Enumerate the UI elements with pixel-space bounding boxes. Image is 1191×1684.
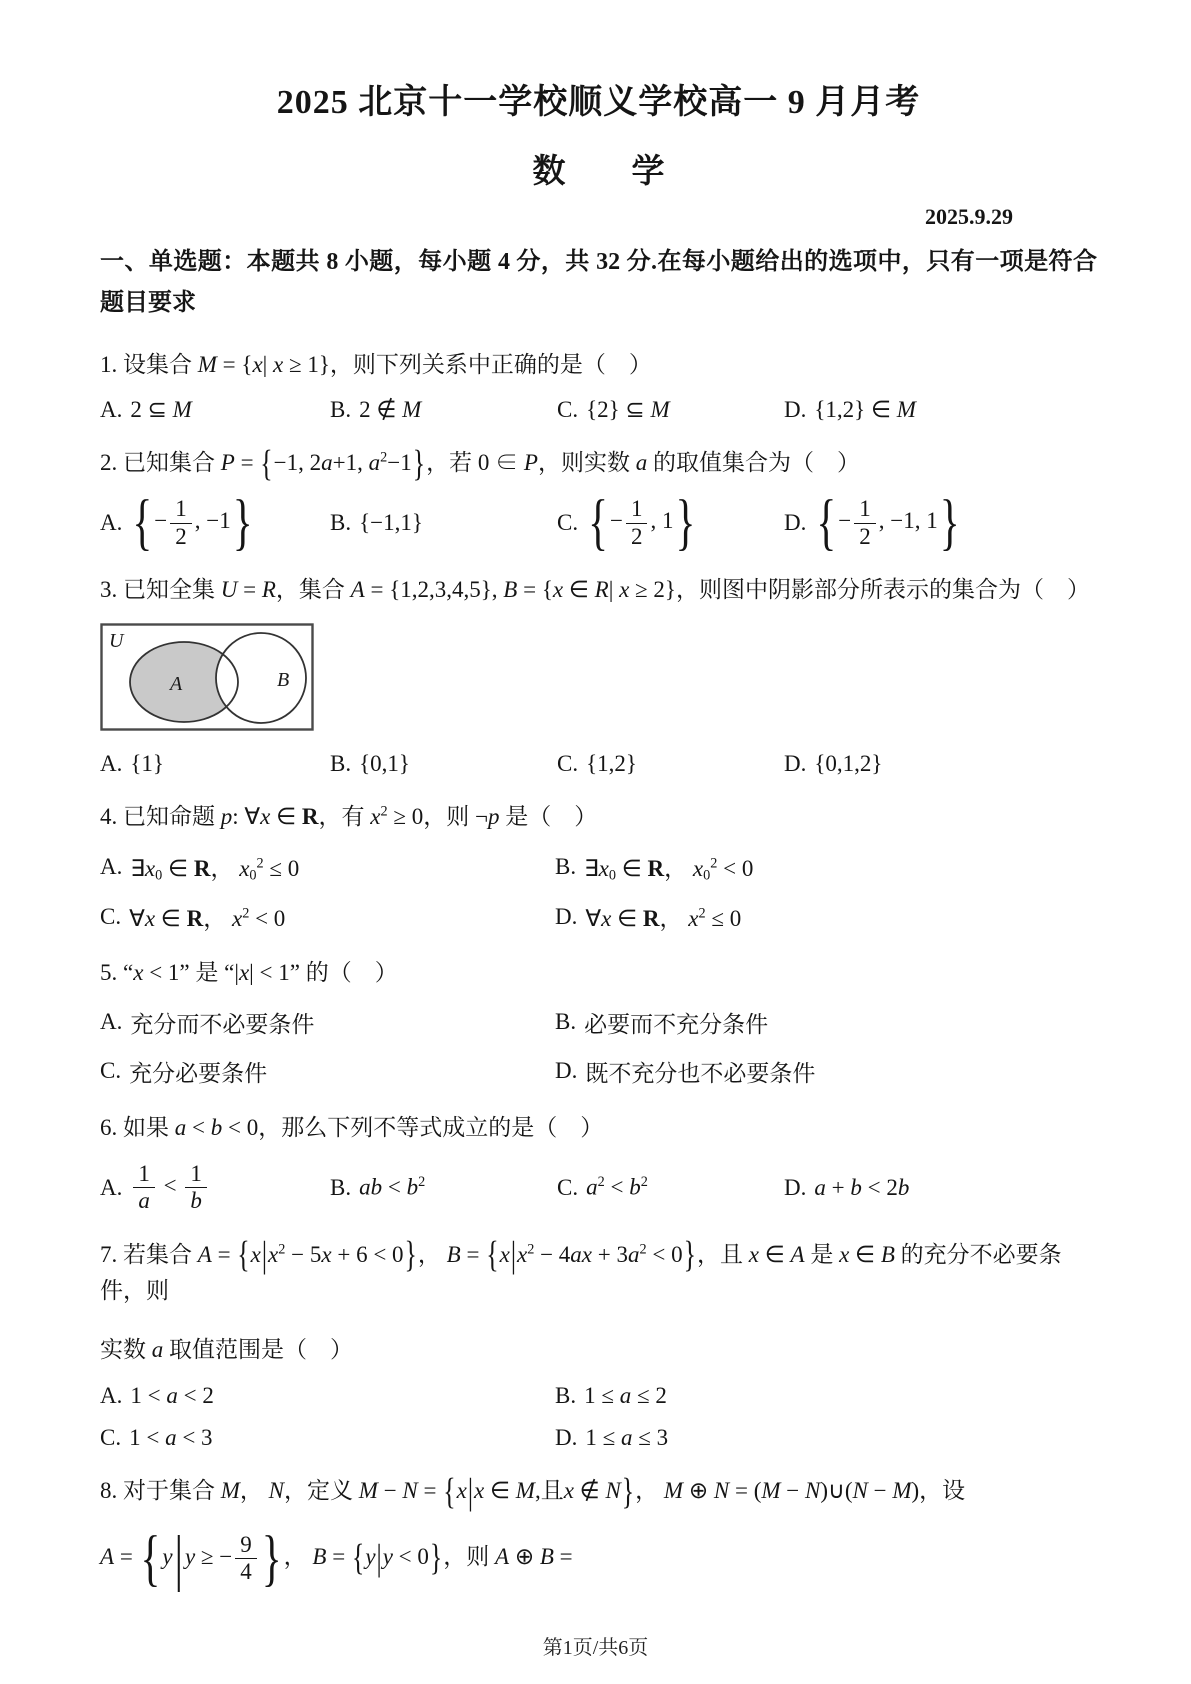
q6-option-b: B.ab < b2 xyxy=(330,1174,557,1201)
subject-title: 数 学 xyxy=(100,145,1097,192)
q5-option-b: B.必要而不充分条件 xyxy=(555,1006,1097,1039)
q6-option-a-label: A. xyxy=(100,1175,122,1201)
q4-option-b: B.∃x0 ∈ R， x02 < 0 xyxy=(555,850,1097,885)
q5-option-d: D.既不充分也不必要条件 xyxy=(555,1055,1097,1088)
q7-option-a-text: 1 < a < 2 xyxy=(130,1383,213,1409)
q4-option-d: D.∀x ∈ R， x2 ≤ 0 xyxy=(555,900,1097,933)
q6-option-c: C.a2 < b2 xyxy=(557,1174,784,1201)
q7-option-a: A.1 < a < 2 xyxy=(100,1383,555,1409)
venn-diagram: U A B xyxy=(100,623,1097,737)
q2-option-c-label: C. xyxy=(557,510,578,536)
q1-options: A.2 ⊆ MB.2 ∉ MC.{2} ⊆ MD.{1,2} ∈ M xyxy=(100,397,1097,423)
q1-option-a: A.2 ⊆ M xyxy=(100,397,330,423)
q6-option-a: A.1a < 1b xyxy=(100,1161,330,1215)
q7-option-a-label: A. xyxy=(100,1383,122,1409)
q1-option-a-text: 2 ⊆ M xyxy=(130,397,191,423)
question-1: 1. 设集合 M = {x| x ≥ 1}，则下列关系中正确的是（ ） A.2 … xyxy=(100,347,1097,424)
q5-option-c-label: C. xyxy=(100,1058,121,1084)
q4-option-c-text: ∀x ∈ R， x2 < 0 xyxy=(129,900,285,933)
q6-options: A.1a < 1bB.ab < b2C.a2 < b2D.a + b < 2b xyxy=(100,1161,1097,1215)
q2-option-c-text: {−12, 1} xyxy=(586,496,697,550)
question-4: 4. 已知命题 p: ∀x ∈ R，有 x2 ≥ 0，则 ¬p 是（ ） A.∃… xyxy=(100,799,1097,933)
exam-title: 2025 北京十一学校顺义学校高一 9 月月考 xyxy=(100,74,1097,123)
q8-stem-line-1: 8. 对于集合 M， N，定义 M − N = {x|x ∈ M,且x ∉ N}… xyxy=(100,1473,1097,1510)
q4-option-a-text: ∃x0 ∈ R， x02 ≤ 0 xyxy=(130,850,299,885)
q6-option-c-text: a2 < b2 xyxy=(586,1174,648,1201)
question-7: 7. 若集合 A = {x|x2 − 5x + 6 < 0}， B = {x|x… xyxy=(100,1237,1097,1451)
q1-option-b: B.2 ∉ M xyxy=(330,397,557,423)
q7-option-d-label: D. xyxy=(555,1425,577,1451)
q6-stem: 6. 如果 a < b < 0，那么下列不等式成立的是（ ） xyxy=(100,1110,1097,1147)
q4-option-a: A.∃x0 ∈ R， x02 ≤ 0 xyxy=(100,850,555,885)
q5-option-d-label: D. xyxy=(555,1058,577,1084)
q2-option-b-text: {−1,1} xyxy=(359,510,423,536)
q5-option-a-text: 充分而不必要条件 xyxy=(130,1006,314,1039)
q7-option-c-label: C. xyxy=(100,1425,121,1451)
page-footer: 第1页/共6页 xyxy=(0,1631,1191,1660)
q7-option-b: B.1 ≤ a ≤ 2 xyxy=(555,1383,1097,1409)
q3-option-b-label: B. xyxy=(330,751,351,777)
q2-option-d-text: {−12, −1, 1} xyxy=(814,496,961,550)
q3-option-d: D.{0,1,2} xyxy=(784,751,1097,777)
q1-stem: 1. 设集合 M = {x| x ≥ 1}，则下列关系中正确的是（ ） xyxy=(100,347,1097,384)
venn-svg: U A B xyxy=(100,623,314,731)
q4-option-b-text: ∃x0 ∈ R， x02 < 0 xyxy=(584,850,753,885)
q4-option-c: C.∀x ∈ R， x2 < 0 xyxy=(100,900,555,933)
q4-option-c-label: C. xyxy=(100,904,121,930)
q3-option-c: C.{1,2} xyxy=(557,751,784,777)
q5-option-b-label: B. xyxy=(555,1009,576,1035)
q5-stem: 5. “x < 1” 是 “|x| < 1” 的（ ） xyxy=(100,955,1097,992)
q3-option-b: B.{0,1} xyxy=(330,751,557,777)
q4-option-d-label: D. xyxy=(555,904,577,930)
q2-option-a-text: {−12, −1} xyxy=(130,496,254,550)
q2-option-b-label: B. xyxy=(330,510,351,536)
q2-option-d-label: D. xyxy=(784,510,806,536)
q2-option-d: D.{−12, −1, 1} xyxy=(784,496,1097,550)
q7-option-b-label: B. xyxy=(555,1383,576,1409)
q6-option-d: D.a + b < 2b xyxy=(784,1175,1097,1201)
q4-options: A.∃x0 ∈ R， x02 ≤ 0B.∃x0 ∈ R， x02 < 0C.∀x… xyxy=(100,850,1097,934)
q4-option-d-text: ∀x ∈ R， x2 ≤ 0 xyxy=(585,900,741,933)
q3-option-a-label: A. xyxy=(100,751,122,777)
q4-option-b-label: B. xyxy=(555,854,576,880)
q6-option-d-text: a + b < 2b xyxy=(814,1175,909,1201)
document-page: 2025 北京十一学校顺义学校高一 9 月月考 数 学 2025.9.29 一、… xyxy=(0,0,1191,1586)
q2-stem: 2. 已知集合 P = {−1, 2a+1, a2−1}，若 0 ∈ P，则实数… xyxy=(100,445,1097,482)
q7-options: A.1 < a < 2B.1 ≤ a ≤ 2C.1 < a < 3D.1 ≤ a… xyxy=(100,1383,1097,1451)
exam-date: 2025.9.29 xyxy=(100,204,1097,230)
q5-option-c: C.充分必要条件 xyxy=(100,1055,555,1088)
q1-option-a-label: A. xyxy=(100,397,122,423)
q8-stem-line-2: A = {y|y ≥ −94}， B = {y|y < 0}，则 A ⊕ B = xyxy=(100,1532,1097,1586)
q3-option-c-label: C. xyxy=(557,751,578,777)
q6-option-a-text: 1a < 1b xyxy=(130,1161,209,1215)
q7-option-c-text: 1 < a < 3 xyxy=(129,1425,212,1451)
q7-stem-line-2: 实数 a 取值范围是（ ） xyxy=(100,1332,1097,1369)
q5-option-a-label: A. xyxy=(100,1009,122,1035)
q3-option-a: A.{1} xyxy=(100,751,330,777)
q6-option-b-label: B. xyxy=(330,1175,351,1201)
q6-option-b-text: ab < b2 xyxy=(359,1174,425,1201)
q4-option-a-label: A. xyxy=(100,854,122,880)
q6-option-c-label: C. xyxy=(557,1175,578,1201)
q2-option-a: A.{−12, −1} xyxy=(100,496,330,550)
q7-option-d-text: 1 ≤ a ≤ 3 xyxy=(585,1425,668,1451)
q2-option-c: C.{−12, 1} xyxy=(557,496,784,550)
q3-option-d-label: D. xyxy=(784,751,806,777)
q7-option-d: D.1 ≤ a ≤ 3 xyxy=(555,1425,1097,1451)
q1-option-d: D.{1,2} ∈ M xyxy=(784,397,1097,423)
q5-option-b-text: 必要而不充分条件 xyxy=(584,1006,768,1039)
q1-option-d-text: {1,2} ∈ M xyxy=(814,397,916,423)
venn-set-b xyxy=(216,633,306,723)
q3-option-b-text: {0,1} xyxy=(359,751,410,777)
question-3: 3. 已知全集 U = R，集合 A = {1,2,3,4,5}, B = {x… xyxy=(100,572,1097,777)
venn-universe-label: U xyxy=(109,630,125,652)
question-5: 5. “x < 1” 是 “|x| < 1” 的（ ） A.充分而不必要条件B.… xyxy=(100,955,1097,1088)
q1-option-d-label: D. xyxy=(784,397,806,423)
q1-option-c-label: C. xyxy=(557,397,578,423)
q3-option-a-text: {1} xyxy=(130,751,164,777)
q4-stem: 4. 已知命题 p: ∀x ∈ R，有 x2 ≥ 0，则 ¬p 是（ ） xyxy=(100,799,1097,836)
q3-options: A.{1}B.{0,1}C.{1,2}D.{0,1,2} xyxy=(100,751,1097,777)
q7-option-b-text: 1 ≤ a ≤ 2 xyxy=(584,1383,667,1409)
q6-option-d-label: D. xyxy=(784,1175,806,1201)
q1-option-b-label: B. xyxy=(330,397,351,423)
question-2: 2. 已知集合 P = {−1, 2a+1, a2−1}，若 0 ∈ P，则实数… xyxy=(100,445,1097,550)
question-8: 8. 对于集合 M， N，定义 M − N = {x|x ∈ M,且x ∉ N}… xyxy=(100,1473,1097,1586)
q1-option-c-text: {2} ⊆ M xyxy=(586,397,670,423)
q7-option-c: C.1 < a < 3 xyxy=(100,1425,555,1451)
q5-option-a: A.充分而不必要条件 xyxy=(100,1006,555,1039)
venn-set-b-label: B xyxy=(277,669,289,691)
venn-set-a-label: A xyxy=(168,673,183,695)
q3-option-c-text: {1,2} xyxy=(586,751,637,777)
q5-option-c-text: 充分必要条件 xyxy=(129,1055,267,1088)
q1-option-c: C.{2} ⊆ M xyxy=(557,397,784,423)
q1-option-b-text: 2 ∉ M xyxy=(359,397,421,423)
q2-options: A.{−12, −1}B.{−1,1}C.{−12, 1}D.{−12, −1,… xyxy=(100,496,1097,550)
q3-stem: 3. 已知全集 U = R，集合 A = {1,2,3,4,5}, B = {x… xyxy=(100,572,1097,609)
question-6: 6. 如果 a < b < 0，那么下列不等式成立的是（ ） A.1a < 1b… xyxy=(100,1110,1097,1215)
section-1-instructions: 一、单选题：本题共 8 小题，每小题 4 分，共 32 分.在每小题给出的选项中… xyxy=(100,242,1097,325)
q5-option-d-text: 既不充分也不必要条件 xyxy=(585,1055,815,1088)
q5-options: A.充分而不必要条件B.必要而不充分条件C.充分必要条件D.既不充分也不必要条件 xyxy=(100,1006,1097,1088)
q2-option-b: B.{−1,1} xyxy=(330,510,557,536)
q3-option-d-text: {0,1,2} xyxy=(814,751,882,777)
q2-option-a-label: A. xyxy=(100,510,122,536)
q7-stem-line-1: 7. 若集合 A = {x|x2 − 5x + 6 < 0}， B = {x|x… xyxy=(100,1237,1097,1311)
